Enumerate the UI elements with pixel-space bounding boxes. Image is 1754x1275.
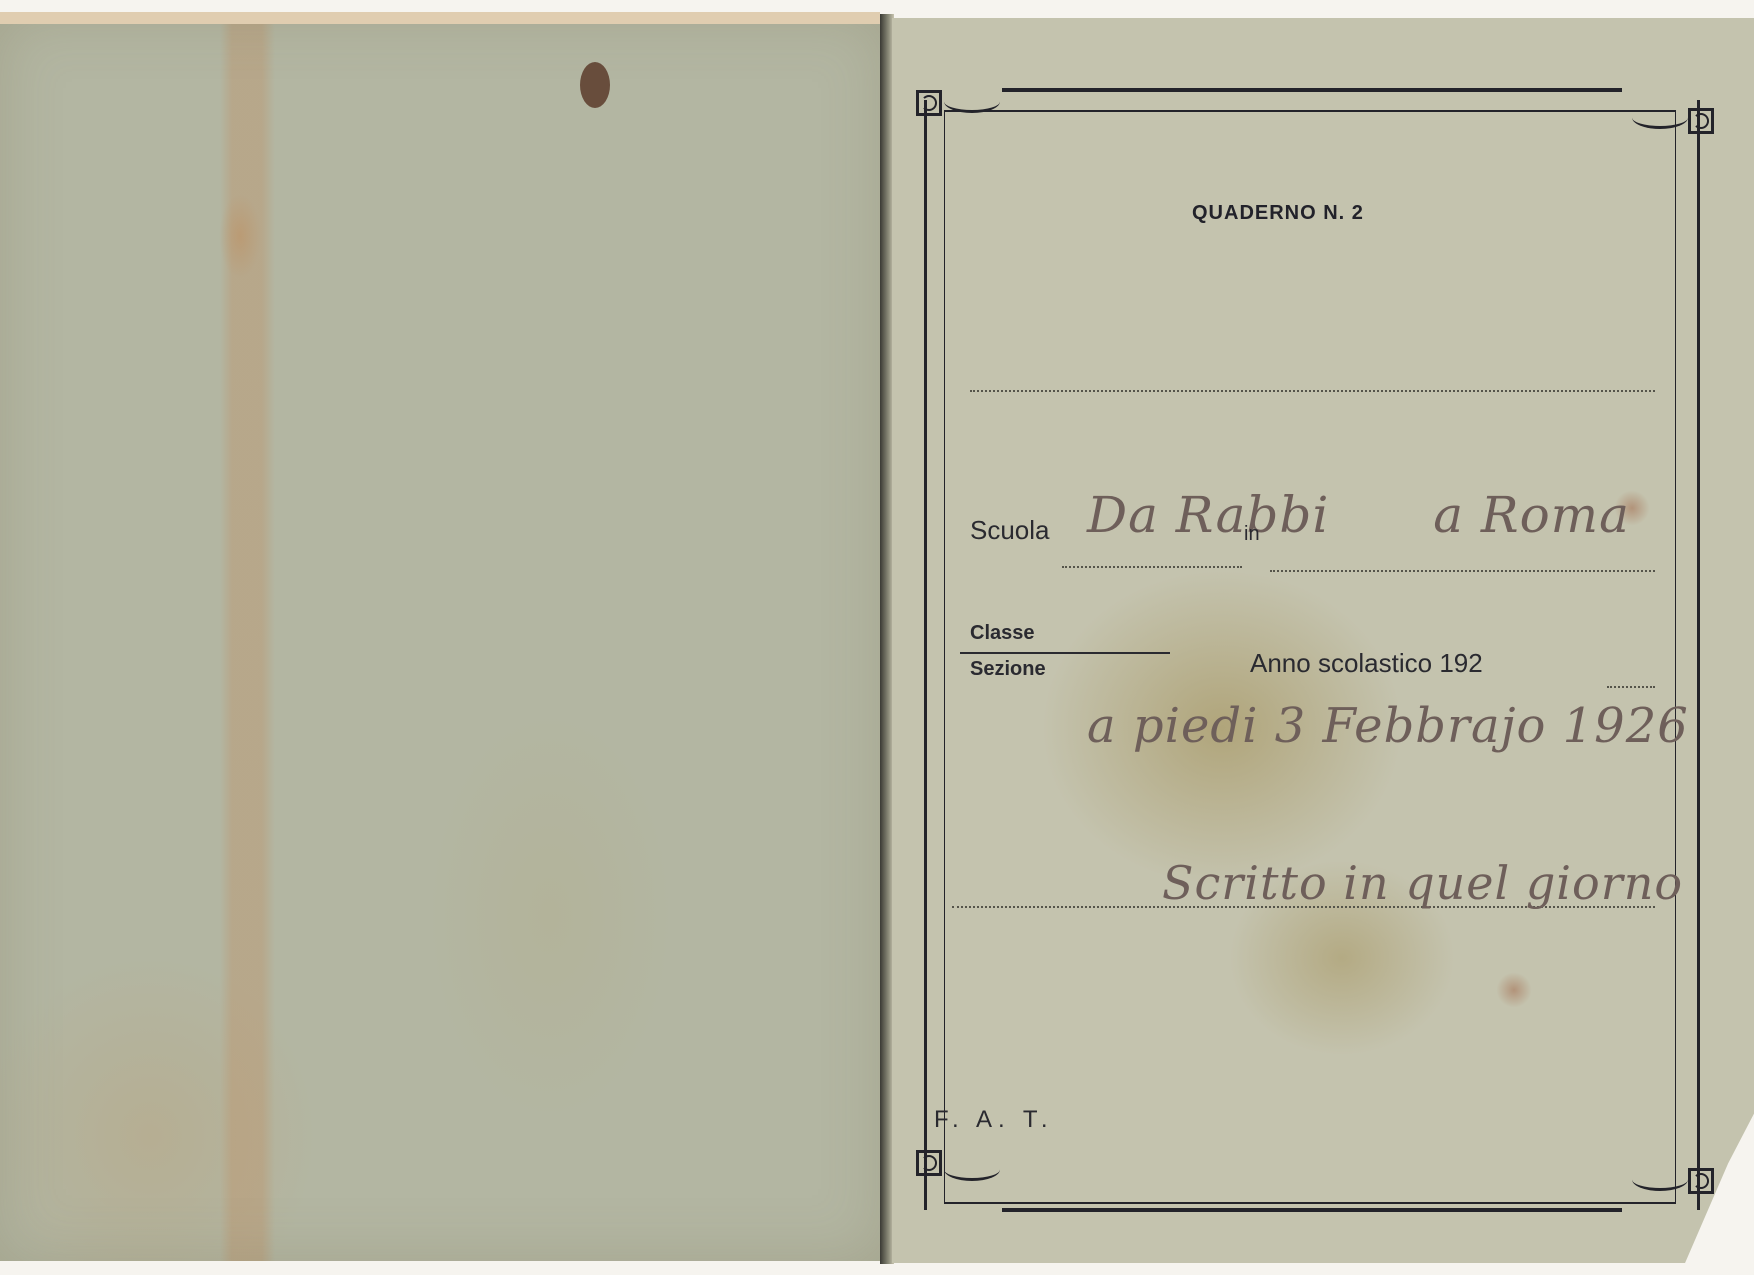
notebook-spine	[880, 14, 894, 1264]
scuola-line	[1062, 566, 1242, 568]
in-label: in	[1244, 523, 1260, 546]
classe-divider	[960, 652, 1170, 654]
ink-blot	[580, 62, 610, 108]
leaf-ornament-icon	[944, 90, 1000, 113]
in-line	[1270, 570, 1655, 572]
notebook-title: QUADERNO N. 2	[1192, 202, 1364, 225]
sezione-label: Sezione	[970, 658, 1046, 681]
front-cover: QUADERNO N. 2 Scuola Da Rabbi a Roma in …	[892, 18, 1754, 1263]
scuola-label: Scuola	[970, 515, 1050, 546]
corner-ornament-icon	[916, 1150, 942, 1176]
scuola-handwritten: Da Rabbi a Roma	[1087, 486, 1630, 544]
classe-label: Classe	[970, 622, 1035, 645]
anno-line	[1607, 686, 1655, 688]
leaf-ornament-icon	[1632, 106, 1688, 129]
handwritten-note: Scritto in quel giorno	[1162, 856, 1683, 910]
publisher-mark: F. A. T.	[934, 1106, 1054, 1134]
leaf-ornament-icon	[944, 1158, 1000, 1181]
handwritten-date: a piedi 3 Febbrajo 1926	[1087, 698, 1689, 754]
corner-ornament-icon	[1688, 108, 1714, 134]
cover-top-edge	[0, 12, 880, 24]
border-bottom-rule	[1002, 1208, 1622, 1212]
border-top-rule	[1002, 88, 1622, 92]
anno-scolastico-label: Anno scolastico 192	[1250, 648, 1483, 679]
corner-ornament-icon	[1688, 1168, 1714, 1194]
blank-name-line	[970, 390, 1655, 392]
back-cover	[0, 16, 884, 1261]
leaf-ornament-icon	[1632, 1168, 1688, 1191]
corner-ornament-icon	[916, 90, 942, 116]
